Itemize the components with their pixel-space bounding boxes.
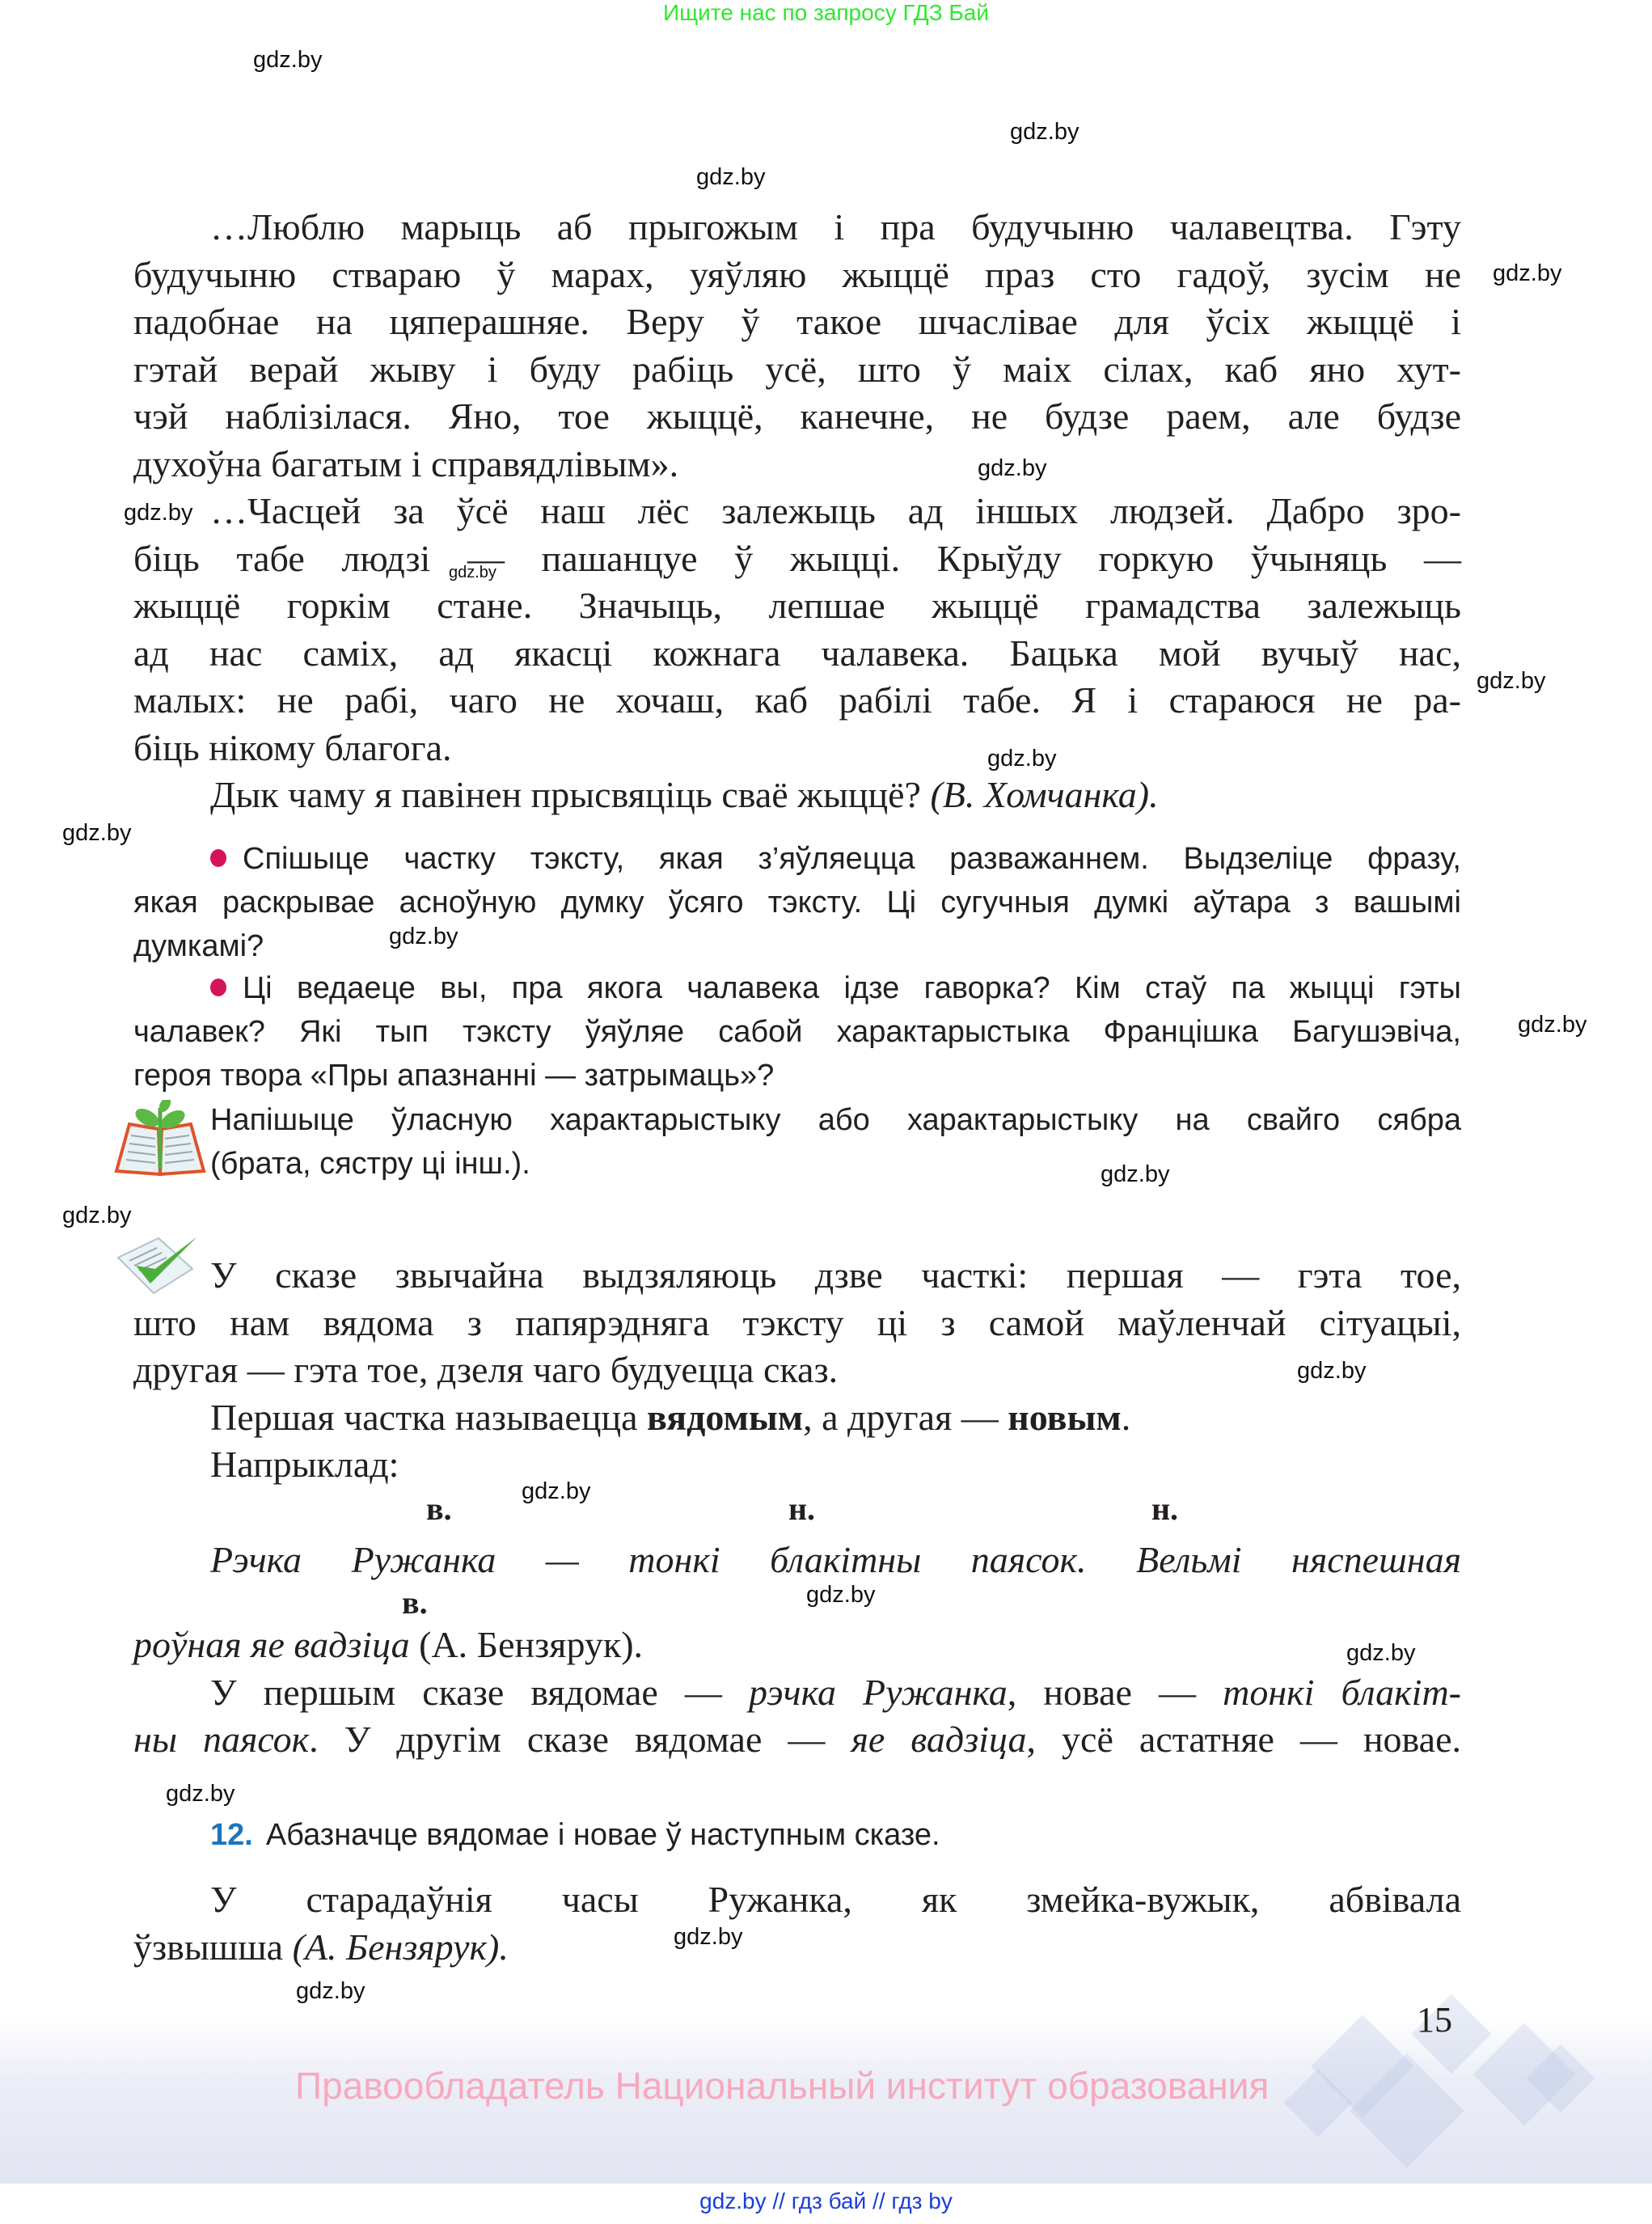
watermark: gdz.by [1477,668,1545,695]
text: ны паясок [133,1719,309,1760]
new-term: новым [1008,1397,1121,1438]
watermark: gdz.by [696,164,765,191]
writing-task: Напішыце ўласную характарыстыку або хара… [210,1098,1461,1186]
known-mark: в. [426,1490,452,1528]
watermark: gdz.by [1518,1012,1587,1038]
text-line: якая раскрывае асноўную думку ўсяго тэкс… [133,881,1461,924]
text-line: (брата, сястру ці інш.). [210,1142,1461,1186]
text-line: біць табе людзі — пашанцуе ў жыцці. Крыў… [133,535,1461,583]
example-text: роўная яе вадзіца [133,1624,410,1665]
text-line: ад нас саміх, ад якасці кожнага чалавека… [133,630,1461,678]
text-line: У сказе звычайна выдзяляюць дзве часткі:… [133,1252,1461,1300]
watermark: gdz.by [62,1203,131,1229]
copyright-notice: Правообладатель Национальный институт об… [295,2064,1269,2108]
rule-block: У сказе звычайна выдзяляюць дзве часткі:… [133,1252,1461,1489]
text-line: Спішыце частку тэксту, якая з’яўляецца р… [133,837,1461,881]
text-line: У першым сказе вядомае — рэчка Ружанка, … [133,1669,1461,1717]
text-line: будучыню ствараю ў марах, уяўляю жыццё п… [133,252,1461,299]
text-line: …Люблю марыць аб прыгожым і пра будучыню… [133,204,1461,252]
task-text: Ці ведаеце вы, пра якога чалавека ідзе г… [243,971,1461,1005]
exercise-number: 12. [210,1818,253,1852]
author-citation: (А. Бензярук). [293,1926,509,1968]
text-line: малых: не рабі, чаго не хочаш, каб рабіл… [133,677,1461,725]
task-text: Спішыце частку тэксту, якая з’яўляецца р… [243,842,1461,876]
text: Першая частка называецца [210,1397,637,1438]
text: У першым сказе вядомае — [210,1672,722,1713]
watermark: gdz.by [296,1978,365,2005]
text-line: думкамі? [133,924,1461,968]
text-line: духоўна багатым і справядлівым». [133,441,1461,488]
text: , новае — [1008,1672,1196,1713]
exercise-sentence: У старадаўнія часы Ружанка, як змейка-ву… [133,1876,1461,1971]
text: , усё астатняе — новае. [1027,1719,1462,1760]
known-mark: в. [402,1583,428,1621]
text: , а другая — [803,1397,999,1438]
passage-2: …Часцей за ўсё наш лёс залежыць ад іншых… [133,488,1461,819]
instruction-text: Абазначце вядомае і новае ў наступным ск… [266,1818,940,1852]
text: . У другім сказе вядомае — [309,1719,825,1760]
text-line: Першая частка называецца вядомым, а друг… [133,1394,1461,1442]
text-line: жыццё горкім стане. Значыць, лепшае жыцц… [133,582,1461,630]
example-sentence: Рэчка Ружанка — тонкі блакітны паясок. В… [133,1537,1461,1584]
example-text: Рэчка Ружанка — тонкі блакітны паясок. В… [210,1539,1461,1580]
text-line: ўзвышша (А. Бензярук). [133,1924,1461,1972]
text: рэчка Ружанка [749,1672,1008,1713]
top-banner: Ищите нас по запросу ГДЗ Бай [0,0,1652,26]
text-line: ны паясок. У другім сказе вядомае — яе в… [133,1716,1461,1764]
text: ўзвышша [133,1926,283,1968]
text-line: роўная яе вадзіца (А. Бензярук). [133,1621,1461,1669]
exercise-instruction: 12.Абазначце вядомае і новае ў наступным… [210,1813,1461,1857]
text-line: Ці ведаеце вы, пра якога чалавека ідзе г… [133,966,1461,1010]
text-line: …Часцей за ўсё наш лёс залежыць ад іншых… [133,488,1461,535]
task-2: Ці ведаеце вы, пра якога чалавека ідзе г… [133,966,1461,1097]
bullet-icon [210,849,226,867]
watermark: gdz.by [1493,260,1561,287]
passage-1: …Люблю марыць аб прыгожым і пра будучыню… [133,204,1461,488]
watermark: gdz.by [1010,119,1079,146]
bullet-icon [210,979,226,996]
exercise-12: 12.Абазначце вядомае і новае ў наступным… [210,1813,1461,1857]
page-number: 15 [1417,1999,1452,2040]
example-label: Напрыклад: [133,1441,1461,1489]
text-line: чэй наблізілася. Яно, тое жыццё, канечне… [133,393,1461,441]
text-line: У старадаўнія часы Ружанка, як змейка-ву… [133,1876,1461,1924]
text-line: другая — гэта тое, дзеля чаго будуецца с… [133,1347,1461,1394]
text-line: героя твора «Пры апазнанні — затрымаць»? [133,1054,1461,1097]
watermark: gdz.by [166,1781,234,1808]
watermark: gdz.by [62,820,131,847]
new-mark: н. [1151,1490,1178,1528]
watermark: gdz.by [806,1582,875,1609]
author-citation: (А. Бензярук). [419,1624,643,1665]
author-citation: (В. Хомчанка). [930,774,1158,815]
known-term: вядомым [647,1397,803,1438]
text-line: чалавек? Які тып тэксту ўяўляе сабой хар… [133,1010,1461,1054]
text: . [1122,1397,1131,1438]
text-line: Рэчка Ружанка — тонкі блакітны паясок. В… [133,1537,1461,1584]
book-plant-icon [112,1100,209,1181]
task-1: Спішыце частку тэксту, якая з’яўляецца р… [133,837,1461,968]
watermark: gdz.by [253,47,322,74]
text-line: гэтай верай жыву і буду рабіць усё, што … [133,346,1461,394]
closing-question: Дык чаму я павінен прысвяціць сваё жыццё… [210,774,921,815]
bottom-links[interactable]: gdz.by // гдз бай // гдз by [0,2188,1652,2214]
closing-line: Дык чаму я павінен прысвяціць сваё жыццё… [133,772,1461,819]
example-sentence-end: роўная яе вадзіца (А. Бензярук). У першы… [133,1621,1461,1764]
text: тонкі блакіт- [1223,1672,1461,1713]
text: яе вадзіца [851,1719,1026,1760]
text-line: падобнае на цяперашняе. Веру ў такое шча… [133,298,1461,346]
text-line: што нам вядома з папярэдняга тэксту ці з… [133,1300,1461,1347]
text-line: біць нікому благога. [133,725,1461,772]
new-mark: н. [788,1490,815,1528]
text-line: Напішыце ўласную характарыстыку або хара… [210,1098,1461,1142]
